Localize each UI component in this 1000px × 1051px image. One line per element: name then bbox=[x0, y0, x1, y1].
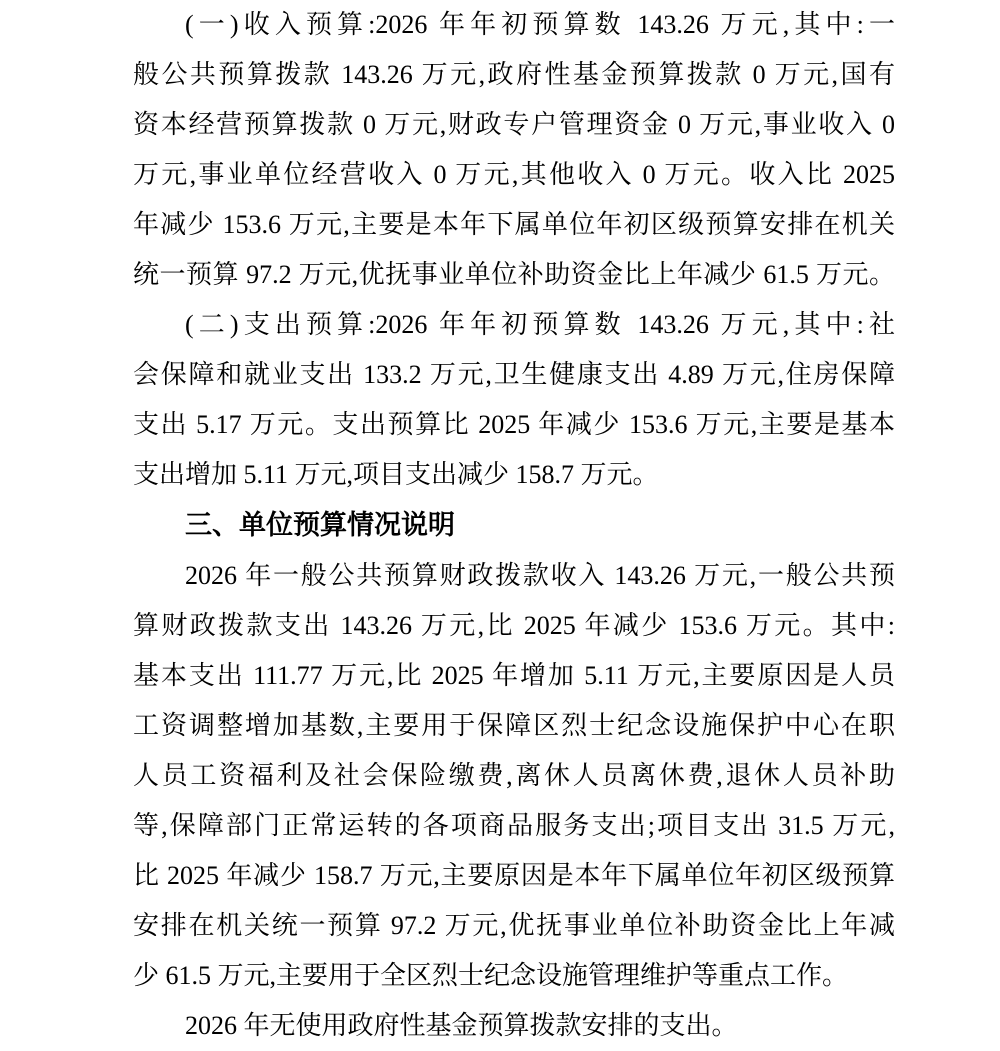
text-line: 比 2025 年减少 158.7 万元,主要原因是本年下属单位年初区级预算 bbox=[133, 851, 895, 901]
text-line: 算财政拨款支出 143.26 万元,比 2025 年减少 153.6 万元。其中… bbox=[133, 601, 895, 651]
section-heading: 三、单位预算情况说明 bbox=[133, 500, 895, 550]
text-line: 等,保障部门正常运转的各项商品服务支出;项目支出 31.5 万元, bbox=[133, 801, 895, 851]
text-line: 支出增加 5.11 万元,项目支出减少 158.7 万元。 bbox=[133, 450, 895, 500]
text-line: (二)支出预算:2026 年年初预算数 143.26 万元,其中:社 bbox=[133, 300, 895, 350]
document-body: (一)收入预算:2026 年年初预算数 143.26 万元,其中:一般公共预算拨… bbox=[133, 0, 895, 1051]
document-page: (一)收入预算:2026 年年初预算数 143.26 万元,其中:一般公共预算拨… bbox=[0, 0, 1000, 1051]
text-line: 2026 年一般公共预算财政拨款收入 143.26 万元,一般公共预 bbox=[133, 551, 895, 601]
text-line: 会保障和就业支出 133.2 万元,卫生健康支出 4.89 万元,住房保障 bbox=[133, 350, 895, 400]
text-line: 般公共预算拨款 143.26 万元,政府性基金预算拨款 0 万元,国有 bbox=[133, 50, 895, 100]
text-line: 人员工资福利及社会保险缴费,离休人员离休费,退休人员补助 bbox=[133, 751, 895, 801]
text-line: 万元,事业单位经营收入 0 万元,其他收入 0 万元。收入比 2025 bbox=[133, 150, 895, 200]
text-line: 资本经营预算拨款 0 万元,财政专户管理资金 0 万元,事业收入 0 bbox=[133, 100, 895, 150]
text-line: (一)收入预算:2026 年年初预算数 143.26 万元,其中:一 bbox=[133, 0, 895, 50]
text-line: 基本支出 111.77 万元,比 2025 年增加 5.11 万元,主要原因是人… bbox=[133, 651, 895, 701]
text-line: 支出 5.17 万元。支出预算比 2025 年减少 153.6 万元,主要是基本 bbox=[133, 400, 895, 450]
text-line: 工资调整增加基数,主要用于保障区烈士纪念设施保护中心在职 bbox=[133, 701, 895, 751]
text-line: 年减少 153.6 万元,主要是本年下属单位年初区级预算安排在机关 bbox=[133, 200, 895, 250]
text-line: 统一预算 97.2 万元,优抚事业单位补助资金比上年减少 61.5 万元。 bbox=[133, 250, 895, 300]
text-line: 2026 年无使用政府性基金预算拨款安排的支出。 bbox=[133, 1001, 895, 1051]
text-line: 少 61.5 万元,主要用于全区烈士纪念设施管理维护等重点工作。 bbox=[133, 951, 895, 1001]
text-line: 安排在机关统一预算 97.2 万元,优抚事业单位补助资金比上年减 bbox=[133, 901, 895, 951]
